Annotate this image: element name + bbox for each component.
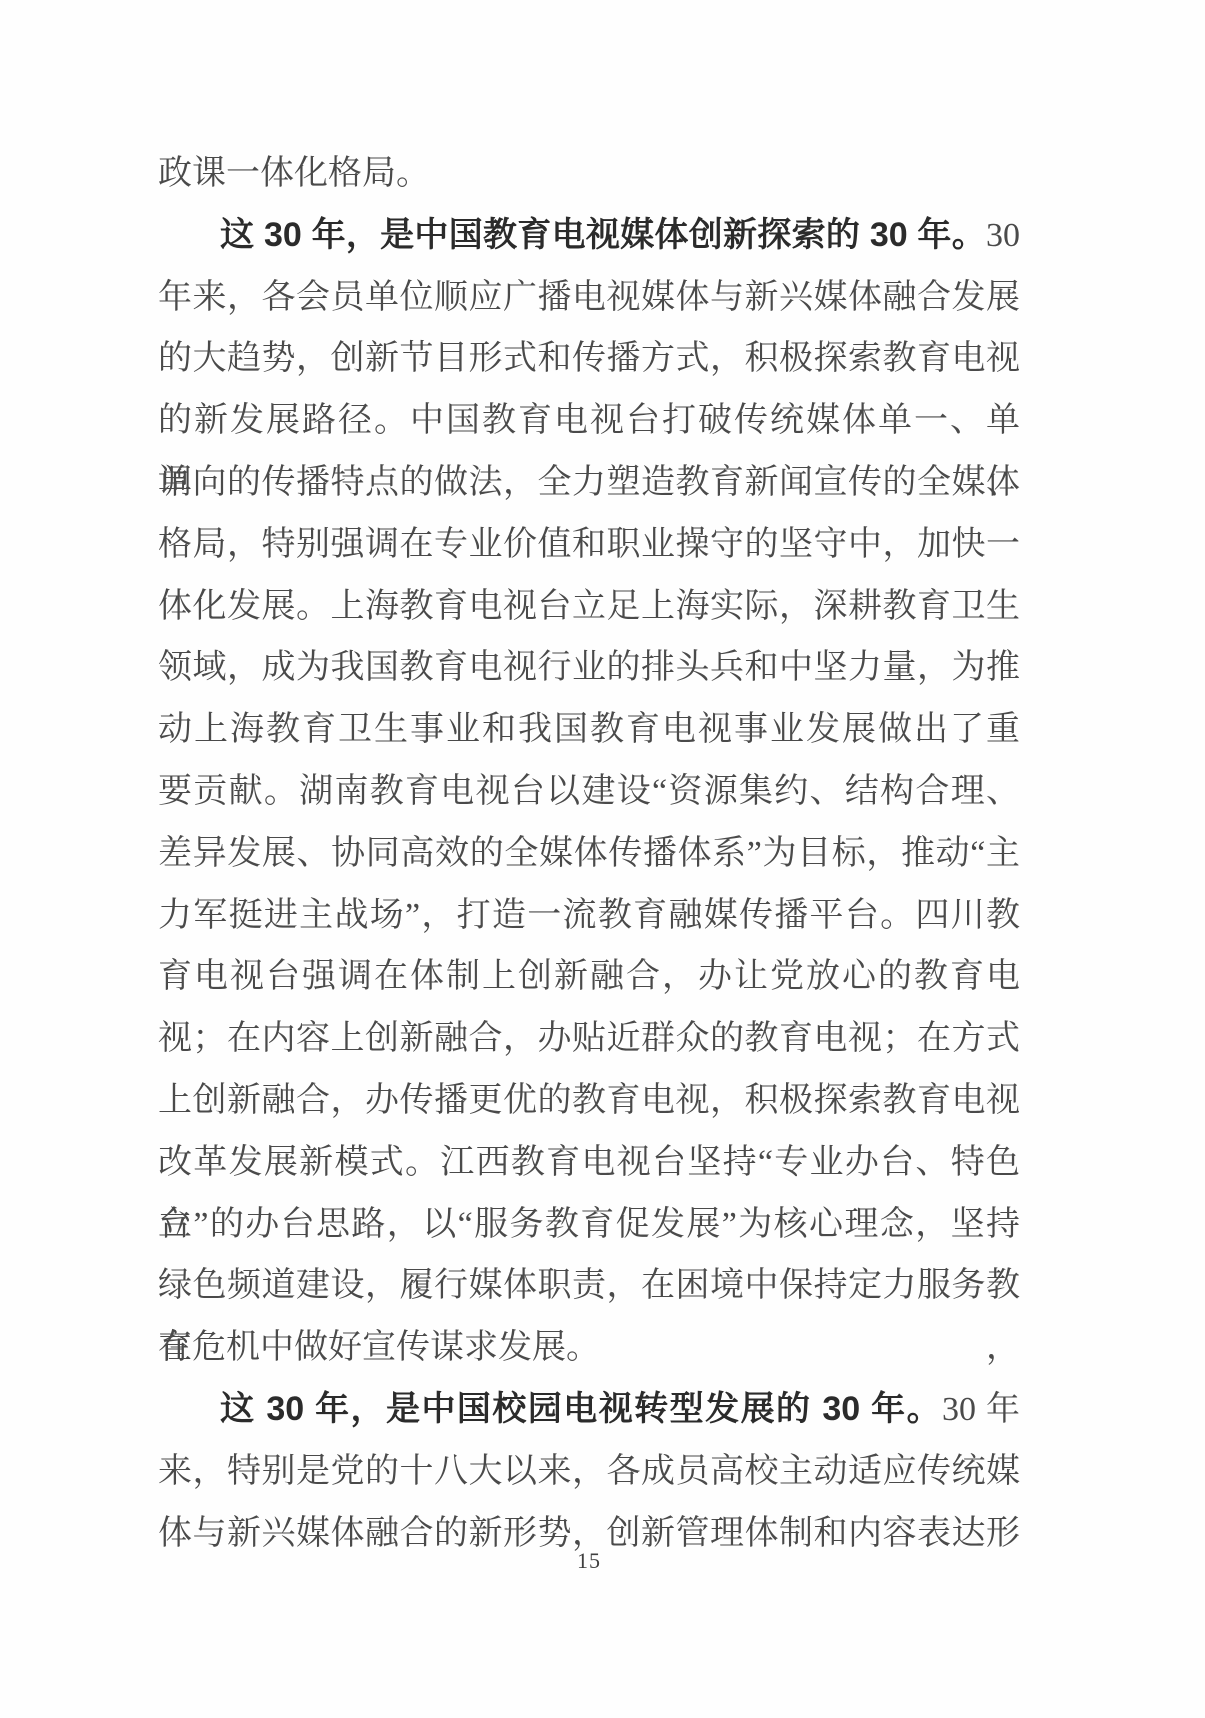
text-segment: 差异发展、协同高效的全媒体传播体系”为目标，推动“主 bbox=[158, 835, 1020, 872]
text-line: 的新发展路径。中国教育电视台打破传统媒体单一、单调、 bbox=[158, 390, 1020, 452]
text-segment: 的大趋势，创新节目形式和传播方式，积极探索教育电视 bbox=[158, 340, 1020, 377]
text-line: 动上海教育卫生事业和我国教育电视事业发展做出了重 bbox=[158, 699, 1020, 761]
text-line: 格局，特别强调在专业价值和职业操守的坚守中，加快一 bbox=[158, 514, 1020, 576]
text-segment: 领域，成为我国教育电视行业的排头兵和中坚力量，为推 bbox=[158, 649, 1020, 686]
text-segment: 格局，特别强调在专业价值和职业操守的坚守中，加快一 bbox=[158, 526, 1020, 563]
text-line: 体化发展。上海教育电视台立足上海实际，深耕教育卫生 bbox=[158, 576, 1020, 638]
text-segment: 育电视台强调在体制上创新融合，办让党放心的教育电 bbox=[158, 958, 1020, 995]
text-segment: 来，特别是党的十八大以来，各成员高校主动适应传统媒 bbox=[158, 1453, 1020, 1490]
page-number: 15 bbox=[158, 1548, 1020, 1574]
text-line: 视；在内容上创新融合，办贴近群众的教育电视；在方式 bbox=[158, 1008, 1020, 1070]
text-block: 政课一体化格局。这 30 年，是中国教育电视媒体创新探索的 30 年。30年来，… bbox=[158, 143, 1020, 1564]
text-segment: 要贡献。湖南教育电视台以建设“资源集约、结构合理、 bbox=[158, 773, 1020, 810]
bold-text-segment: 这 30 年，是中国校园电视转型发展的 30 年。 bbox=[220, 1390, 942, 1428]
text-segment: 30 年 bbox=[942, 1391, 1020, 1428]
text-line: 这 30 年，是中国校园电视转型发展的 30 年。30 年 bbox=[158, 1379, 1020, 1441]
text-segment: 30 bbox=[986, 217, 1020, 254]
text-line: 上创新融合，办传播更优的教育电视，积极探索教育电视 bbox=[158, 1070, 1020, 1132]
text-segment: 力军挺进主战场”，打造一流教育融媒传播平台。四川教 bbox=[158, 897, 1020, 934]
text-segment: 政课一体化格局。 bbox=[158, 155, 430, 192]
document-page: 政课一体化格局。这 30 年，是中国教育电视媒体创新探索的 30 年。30年来，… bbox=[0, 0, 1205, 1718]
text-segment: 动上海教育卫生事业和我国教育电视事业发展做出了重 bbox=[158, 711, 1020, 748]
text-line: 来，特别是党的十八大以来，各成员高校主动适应传统媒 bbox=[158, 1441, 1020, 1503]
text-line: 改革发展新模式。江西教育电视台坚持“专业办台、特色立 bbox=[158, 1132, 1020, 1194]
text-segment: 视；在内容上创新融合，办贴近群众的教育电视；在方式 bbox=[158, 1020, 1020, 1057]
text-segment: 体与新兴媒体融合的新形势，创新管理体制和内容表达形 bbox=[158, 1515, 1020, 1552]
text-line: 育电视台强调在体制上创新融合，办让党放心的教育电 bbox=[158, 946, 1020, 1008]
text-segment: 上创新融合，办传播更优的教育电视，积极探索教育电视 bbox=[158, 1082, 1020, 1119]
text-line: 领域，成为我国教育电视行业的排头兵和中坚力量，为推 bbox=[158, 637, 1020, 699]
text-segment: 在危机中做好宣传谋求发展。 bbox=[158, 1329, 600, 1366]
text-segment: 台”的办台思路，以“服务教育促发展”为核心理念，坚持 bbox=[158, 1206, 1020, 1243]
text-line: 单向的传播特点的做法，全力塑造教育新闻宣传的全媒体 bbox=[158, 452, 1020, 514]
text-line: 要贡献。湖南教育电视台以建设“资源集约、结构合理、 bbox=[158, 761, 1020, 823]
text-line: 差异发展、协同高效的全媒体传播体系”为目标，推动“主 bbox=[158, 823, 1020, 885]
text-line: 力军挺进主战场”，打造一流教育融媒传播平台。四川教 bbox=[158, 885, 1020, 947]
text-line: 政课一体化格局。 bbox=[158, 143, 1020, 205]
text-segment: 单向的传播特点的做法，全力塑造教育新闻宣传的全媒体 bbox=[158, 464, 1020, 501]
bold-text-segment: 这 30 年，是中国教育电视媒体创新探索的 30 年。 bbox=[220, 216, 986, 254]
text-line: 这 30 年，是中国教育电视媒体创新探索的 30 年。30 bbox=[158, 205, 1020, 267]
text-segment: 体化发展。上海教育电视台立足上海实际，深耕教育卫生 bbox=[158, 588, 1020, 625]
text-line: 年来，各会员单位顺应广播电视媒体与新兴媒体融合发展 bbox=[158, 267, 1020, 329]
text-line: 台”的办台思路，以“服务教育促发展”为核心理念，坚持 bbox=[158, 1194, 1020, 1256]
text-line: 绿色频道建设，履行媒体职责，在困境中保持定力服务教育， bbox=[158, 1255, 1020, 1317]
text-line: 的大趋势，创新节目形式和传播方式，积极探索教育电视 bbox=[158, 328, 1020, 390]
text-segment: 年来，各会员单位顺应广播电视媒体与新兴媒体融合发展 bbox=[158, 279, 1020, 316]
